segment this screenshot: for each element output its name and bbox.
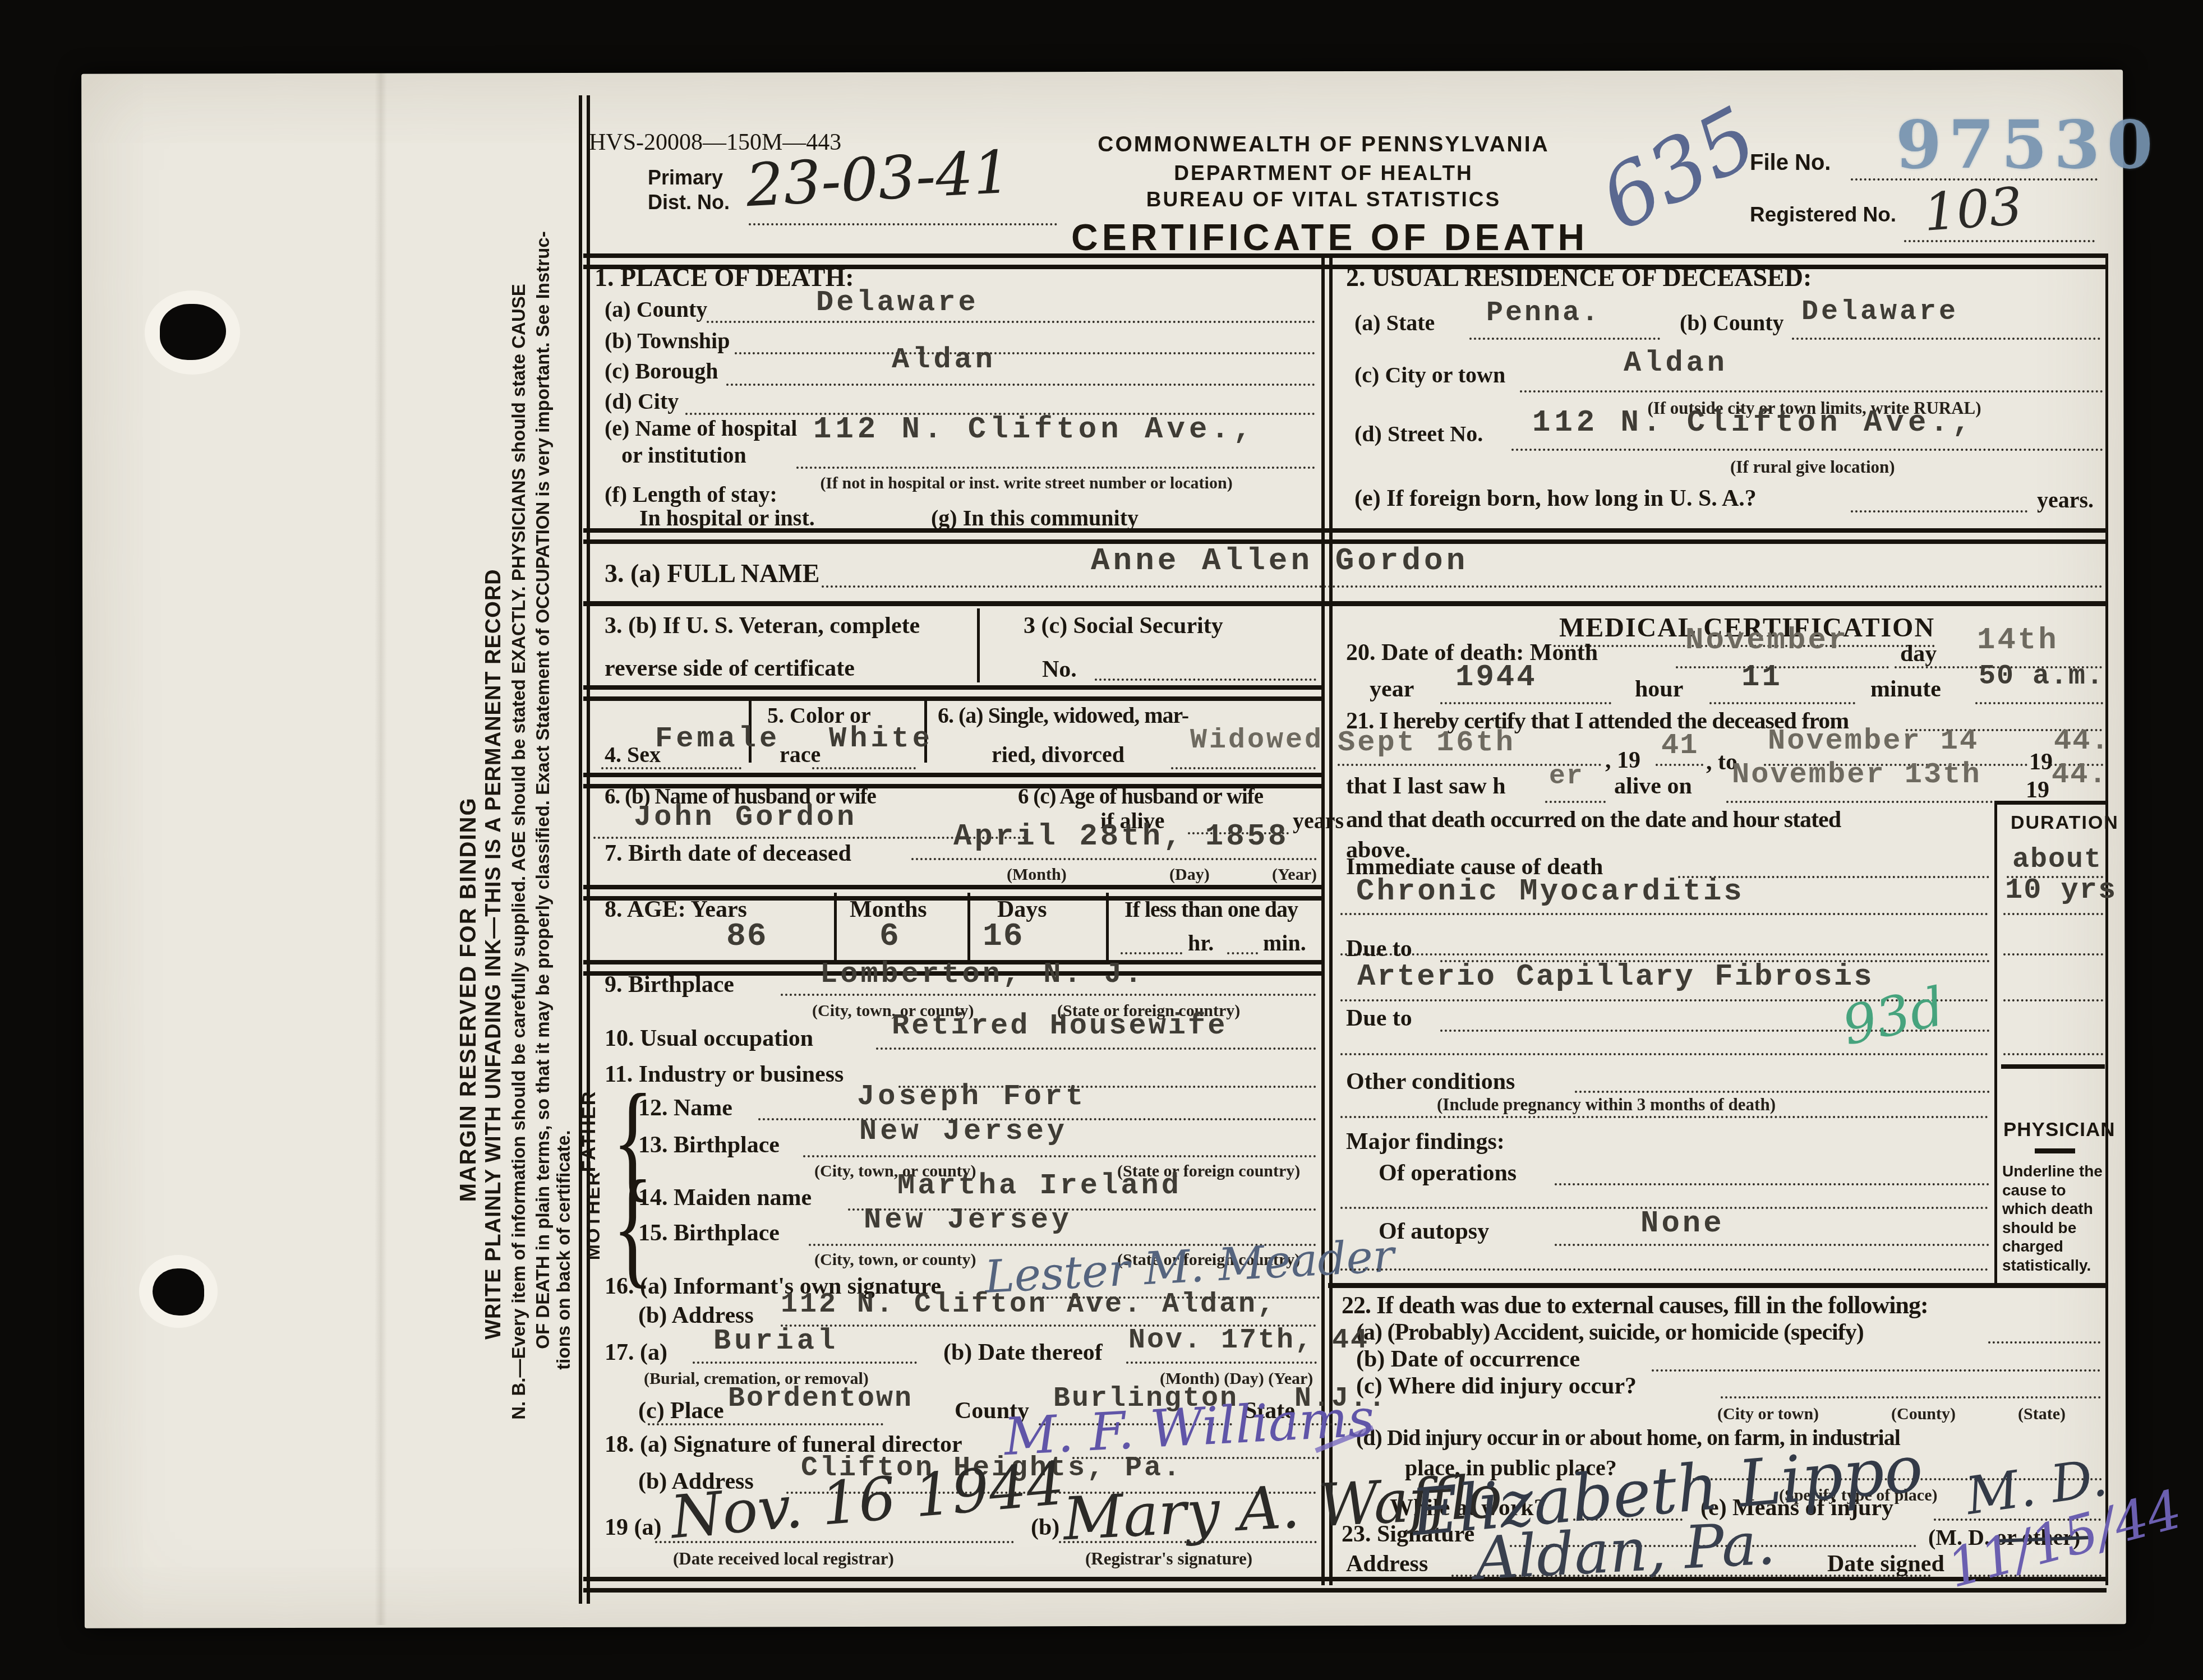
dotted-line: [1171, 767, 1316, 769]
dotted-line: [2003, 953, 2103, 956]
physician-label: PHYSICIAN: [2003, 1119, 2107, 1141]
s16b-value: 112 N. Clifton Ave. Aldan,: [781, 1289, 1276, 1321]
dotted-line: [655, 1541, 1014, 1543]
primary-dist-label-2: Dist. No.: [648, 191, 730, 214]
duration-label: DURATION: [2011, 812, 2119, 834]
dotted-line: [726, 384, 1315, 386]
s17-num: 17. (a): [605, 1339, 667, 1366]
s1d-label: (d) City: [605, 388, 679, 414]
registered-no-label: Registered No.: [1750, 203, 1896, 227]
dotted-line: [1575, 1091, 1990, 1093]
of-operations-label: Of operations: [1379, 1160, 1517, 1187]
s5-value: White: [829, 722, 933, 755]
s23-date-label: Date signed: [1827, 1550, 1944, 1577]
s8-months-value: 6: [879, 919, 900, 955]
s21-to: November 14: [1768, 724, 1979, 758]
s8-years-value: 86: [726, 919, 768, 955]
s12-value: Joseph Fort: [857, 1080, 1086, 1113]
s2b-value: Delaware: [1801, 296, 1958, 328]
dotted-line: [1121, 952, 1182, 954]
s13-value: New Jersey: [859, 1115, 1068, 1148]
dotted-line: [911, 858, 1317, 860]
s21-last-year: 44.: [2052, 758, 2108, 791]
dotted-line: [1555, 1183, 1989, 1185]
dotted-line: [1511, 449, 2103, 451]
rule: [583, 685, 1322, 701]
s14-label: 14. Maiden name: [638, 1184, 812, 1211]
dotted-line: [693, 1361, 917, 1364]
s2a-value: Penna.: [1486, 297, 1601, 329]
s21-last-seen: November 13th: [1732, 758, 1981, 791]
s8-label: 8. AGE: Years: [605, 896, 747, 923]
s20-hour-label: hour: [1635, 676, 1683, 703]
agency-line2: DEPARTMENT OF HEALTH: [1094, 161, 1554, 185]
of-autopsy-label: Of autopsy: [1379, 1218, 1489, 1245]
s1a-label: (a) County: [605, 296, 707, 322]
s4-label: 4. Sex: [605, 741, 661, 768]
s20-day: 14th: [1977, 624, 2059, 658]
sections-1-2-rule: [583, 528, 2107, 544]
s21-from: Sept 16th: [1338, 726, 1515, 759]
s6a-value: Widowed: [1190, 724, 1324, 756]
s22a-label: (a) (Probably) Accident, suicide, or hom…: [1356, 1319, 1864, 1346]
file-no-label: File No.: [1750, 150, 1831, 176]
s1g-label: (g) In this community: [931, 505, 1139, 531]
primary-dist-label-1: Primary: [648, 166, 723, 190]
dotted-line: [876, 1047, 1316, 1050]
s9-value: Lomberton, N. J.: [820, 958, 1145, 991]
s2c-label: (c) City or town: [1354, 362, 1505, 388]
dotted-line: [1227, 952, 1258, 954]
s8-less-label: If less than one day: [1124, 896, 1298, 922]
s23-address-label: Address: [1346, 1550, 1428, 1577]
s3b-label1: 3. (b) If U. S. Veteran, complete: [605, 612, 920, 639]
s3c-label: 3 (c) Social Security: [1024, 612, 1223, 639]
section2-title: 2. USUAL RESIDENCE OF DECEASED:: [1346, 262, 1812, 292]
dotted-line: [1652, 1369, 2100, 1372]
s2a-label: (a) State: [1354, 310, 1435, 336]
other-conditions-caption: (Include pregnancy within 3 months of de…: [1437, 1095, 1776, 1115]
external-causes-rule: [1328, 1283, 2108, 1288]
s1e-caption: (If not in hospital or inst. write stree…: [735, 474, 1318, 493]
dotted-line: [1520, 390, 2103, 393]
dotted-line: [1440, 702, 1611, 704]
dotted-line: [1904, 240, 2095, 242]
s10-value: Retired Housewife: [892, 1009, 1228, 1042]
dotted-line: [2003, 913, 2103, 915]
s14-value: Martha Ireland: [897, 1169, 1182, 1202]
punch-hole: [153, 1268, 204, 1316]
s1e-label2: or institution: [621, 442, 746, 468]
s1e-value: 112 N. Clifton Ave.,: [813, 413, 1255, 447]
duration-overline: [1997, 801, 2107, 805]
s22c-cap3: (State): [2018, 1405, 2066, 1424]
primary-dist-value: 23-03-41: [744, 138, 1012, 220]
due-to-1-label: Due to: [1346, 935, 1412, 962]
margin-note-line5: tions on back of certificate.: [553, 1113, 574, 1387]
dotted-line: [601, 767, 741, 769]
scanned-death-certificate: MARGIN RESERVED FOR BINDING WRITE PLAINL…: [0, 0, 2203, 1680]
form-left-border: [579, 95, 590, 1604]
margin-note-line3: N. B.—Every item of information should b…: [508, 187, 529, 1516]
s2c-value: Aldan: [1624, 347, 1728, 380]
s21-19c: 19: [2026, 777, 2049, 804]
cause-value: Chronic Myocarditis: [1356, 875, 1744, 909]
dotted-line: [1709, 702, 1855, 704]
dotted-line: [1988, 1341, 2100, 1344]
autopsy-value: None: [1640, 1207, 1725, 1241]
duration-heavy-mark: [2001, 1064, 2105, 1069]
s20-year-label: year: [1370, 676, 1414, 703]
s17c-value: Bordentown: [728, 1383, 913, 1415]
s21-line2a: that I last saw h: [1346, 773, 1506, 800]
fullname-value: Anne Allen Gordon: [1091, 543, 1468, 579]
duration-about: about: [2012, 844, 2102, 876]
dotted-line: [803, 1155, 1316, 1157]
dotted-line: [796, 467, 1315, 469]
s22-title: 22. If death was due to external causes,…: [1342, 1291, 1928, 1319]
agency-line3: BUREAU OF VITAL STATISTICS: [1094, 188, 1554, 211]
file-no-stamp: 97530: [1896, 105, 2160, 183]
dotted-line: [2003, 1053, 2103, 1055]
bottom-rule: [583, 1577, 2107, 1593]
s13-label: 13. Birthplace: [638, 1132, 780, 1159]
dotted-line: [1545, 801, 1606, 803]
s20-minute: 50 a.m.: [1979, 661, 2104, 693]
dotted-line: [1340, 1116, 1988, 1118]
s17b-label: (b) Date thereof: [943, 1339, 1103, 1366]
s8-min-label: min.: [1263, 930, 1306, 956]
s21-her: er: [1549, 761, 1584, 792]
duration-value: 10 yrs: [2005, 874, 2117, 907]
s19a-num: 19 (a): [605, 1514, 661, 1541]
dotted-line: [1721, 1396, 2101, 1399]
margin-note-line4: OF DEATH in plain terms, so that it may …: [532, 196, 554, 1384]
s22c-label: (c) Where did injury occur?: [1356, 1373, 1637, 1400]
s7-label: 7. Birth date of deceased: [605, 840, 851, 867]
s2e-years: years.: [2037, 487, 2094, 513]
s15-value: New Jersey: [864, 1203, 1072, 1236]
s7-cap-month: (Month): [1007, 865, 1067, 884]
dotted-line: [1792, 338, 2100, 340]
s22b-label: (b) Date of occurrence: [1356, 1346, 1580, 1373]
dotted-line: [648, 1423, 883, 1425]
s19a-caption: (Date received local registrar): [673, 1549, 894, 1569]
dotted-line: [822, 585, 2103, 588]
mother-label: MOTHER: [583, 1137, 605, 1294]
divider: [967, 893, 970, 961]
dotted-line: [812, 767, 916, 769]
s2d-caption: (If rural give location): [1730, 457, 1895, 477]
divider: [834, 893, 837, 961]
dotted-line: [1656, 764, 1703, 766]
s10-label: 10. Usual occupation: [605, 1025, 813, 1052]
due-to-1-value: Arterio Capillary Fibrosis: [1357, 960, 1874, 994]
s21-from-year: 41: [1661, 729, 1698, 762]
s17c-label: (c) Place: [638, 1397, 724, 1424]
s3c-no-label: No.: [1042, 656, 1077, 683]
s20-day-label: day: [1900, 640, 1937, 667]
s22c-cap2: (County): [1891, 1405, 1956, 1424]
dotted-line: [749, 223, 1057, 225]
s15-cap1: (City, town, or county): [814, 1250, 976, 1270]
s7-cap-year: (Year): [1272, 865, 1317, 884]
s21-19b: 19: [2029, 749, 2053, 776]
margin-note-line2: WRITE PLAINLY WITH UNFADING INK—THIS IS …: [482, 394, 506, 1515]
s1f-sub-label: In hospital or inst.: [639, 505, 815, 531]
s5-label2: race: [780, 741, 821, 768]
s1b-label: (b) Township: [605, 327, 730, 354]
dotted-line: [1126, 1361, 1317, 1364]
fullname-rule: [583, 601, 2107, 606]
s6c-years: years: [1293, 807, 1344, 834]
s1f-label: (f) Length of stay:: [605, 481, 777, 507]
agency-line1: COMMONWEALTH OF PENNSYLVANIA: [1094, 132, 1554, 157]
s1a-value: Delaware: [816, 286, 979, 319]
s6a-label1: 6. (a) Single, widowed, mar-: [938, 702, 1188, 728]
dotted-line: [1726, 801, 2015, 803]
s15-label: 15. Birthplace: [638, 1220, 780, 1247]
s20-year: 1944: [1455, 661, 1537, 695]
dotted-line: [1340, 1053, 1988, 1055]
s19b-caption: (Registrar's signature): [1085, 1549, 1252, 1569]
dotted-line: [1555, 1244, 1989, 1246]
divider: [1106, 893, 1109, 961]
dotted-line: [1340, 953, 1988, 956]
dotted-line: [781, 994, 1316, 996]
s6c-label: 6 (c) Age of husband or wife: [1018, 784, 1263, 809]
dotted-line: [1851, 510, 2027, 513]
s21-19a: , 19: [1605, 747, 1640, 774]
dotted-line: [1469, 338, 1660, 340]
s21-to-year: 44.: [2054, 724, 2110, 758]
form-right-border: [2105, 253, 2108, 1585]
s6a-label2: ried, divorced: [992, 741, 1124, 768]
s3b-label2: reverse side of certificate: [605, 655, 855, 682]
s22c-cap1: (City or town): [1717, 1405, 1819, 1424]
physician-note: Underline the cause to which death shoul…: [2002, 1162, 2108, 1275]
s7-cap-day: (Day): [1169, 865, 1210, 884]
s8-days-value: 16: [983, 919, 1024, 955]
dotted-line: [1975, 702, 2103, 704]
s20-hour: 11: [1741, 661, 1782, 695]
s2b-label: (b) County: [1680, 310, 1784, 336]
s20-minute-label: minute: [1870, 676, 1941, 703]
s17a-value: Burial: [713, 1324, 838, 1358]
s19b-num: (b): [1031, 1514, 1059, 1541]
other-conditions-label: Other conditions: [1346, 1068, 1515, 1095]
major-findings-label: Major findings:: [1346, 1128, 1505, 1155]
s21-line2b: alive on: [1614, 773, 1692, 800]
s20-month: November: [1685, 624, 1849, 658]
s2e-label: (e) If foreign born, how long in U. S. A…: [1354, 485, 1757, 512]
fullname-label: 3. (a) FULL NAME: [605, 559, 819, 588]
fold-crease: [375, 73, 387, 1625]
s12-label: 12. Name: [638, 1095, 732, 1121]
s2d-value: 112 N. Clifton Ave.,: [1532, 406, 1974, 440]
s17b-value: Nov. 17th, 44: [1128, 1324, 1369, 1356]
s2d-label: (d) Street No.: [1354, 421, 1483, 447]
dotted-line: [1676, 666, 1889, 668]
s8-hr-label: hr.: [1188, 930, 1214, 956]
dotted-line: [1340, 913, 1988, 915]
dotted-line: [1340, 1268, 1988, 1271]
dotted-line: [735, 352, 1315, 354]
section1-title: 1. PLACE OF DEATH:: [594, 262, 854, 292]
s7-value: April 28th, 1858: [953, 820, 1289, 854]
dotted-line: [707, 321, 1315, 323]
dotted-line: [2003, 999, 2103, 1001]
dotted-line: [1095, 679, 1316, 681]
divider: [977, 608, 980, 682]
s1c-label: (c) Borough: [605, 358, 718, 384]
s6b-value: John Gordon: [634, 801, 857, 834]
physician-dash: [2035, 1148, 2075, 1153]
s21-line3: and that death occurred on the date and …: [1346, 806, 1841, 833]
registered-no-value: 103: [1921, 176, 2024, 243]
s1e-label1: (e) Name of hospital: [605, 415, 797, 441]
s4-value: Female: [655, 722, 780, 755]
duration-divider: [1994, 801, 1997, 1284]
s1c-value: Aldan: [892, 343, 996, 376]
margin-note-line1: MARGIN RESERVED FOR BINDING: [456, 663, 481, 1336]
due-to-2-label: Due to: [1346, 1005, 1412, 1032]
s9-label: 9. Birthplace: [605, 971, 734, 998]
document-title: CERTIFICATE OF DEATH: [1071, 216, 1576, 259]
